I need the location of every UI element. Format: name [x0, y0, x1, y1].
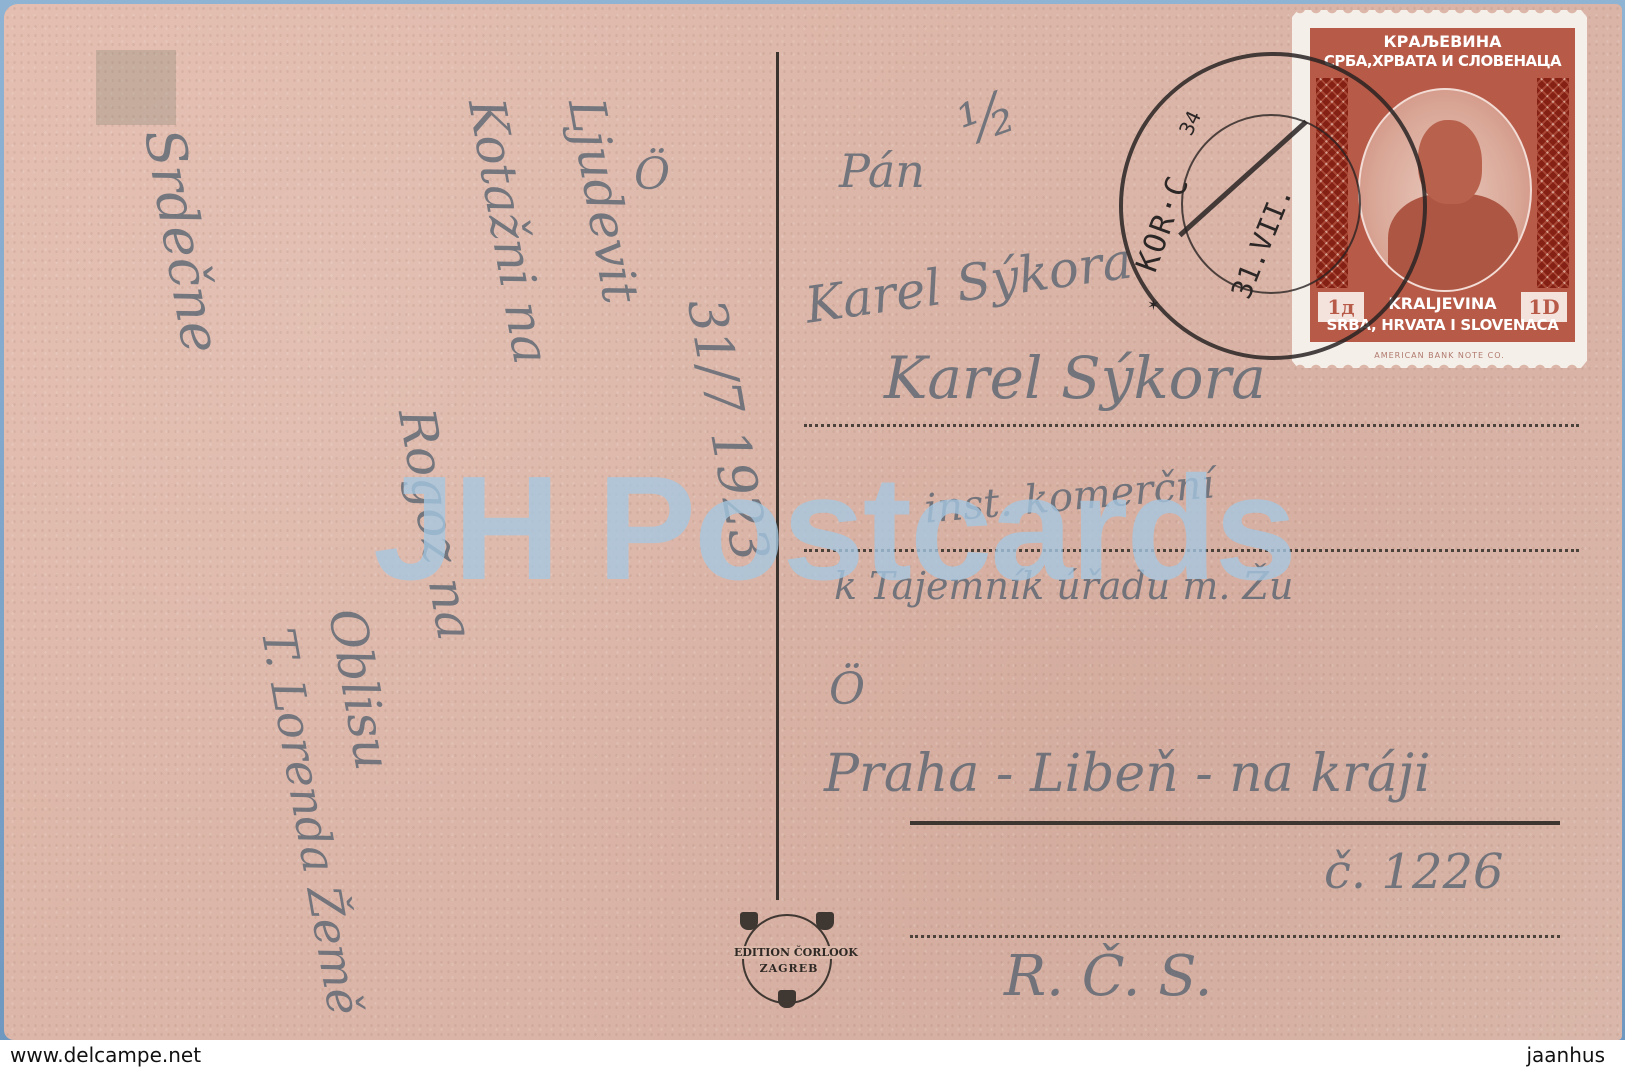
- source-watermark-left: www.delcampe.net: [10, 1043, 201, 1067]
- publisher-name: EDITION ČORLOOK: [734, 946, 844, 959]
- publisher-logo: EDITION ČORLOOK ZAGREB: [742, 914, 832, 1004]
- portrait-head: [1418, 120, 1482, 204]
- handwriting-address-city: Praha - Libeň - na kráji: [824, 744, 1430, 804]
- handwriting-address-1: Pán: [839, 144, 925, 198]
- postcard-back: Srdečne Ljudevit Kotažni na Rogoz na Obl…: [4, 4, 1622, 1040]
- ink-smudge: [96, 50, 176, 125]
- stamp-title-cyrillic-1: КРАЉЕВИНА: [1310, 32, 1575, 51]
- stamp-printer: AMERICAN BANK NOTE CO.: [1292, 351, 1587, 360]
- address-line-city: [910, 821, 1560, 825]
- address-line-3: [910, 935, 1560, 938]
- stamp-ornament-right: [1537, 78, 1569, 288]
- source-watermark-right: jaanhus: [1526, 1043, 1605, 1067]
- postmark: KOR·C 34 31.VII. ✶: [1119, 52, 1427, 360]
- stamp-title-cyrillic-2: СРБА,ХРВАТА И СЛОВЕНАЦА: [1310, 52, 1575, 70]
- publisher-city: ZAGREB: [734, 962, 844, 975]
- shield-icon: [778, 990, 796, 1008]
- shield-icon: [740, 912, 758, 930]
- watermark: JH Postcards: [284, 444, 1384, 614]
- address-line-1: [804, 424, 1579, 427]
- shield-icon: [816, 912, 834, 930]
- handwriting-mark-left: Ö: [634, 149, 670, 200]
- handwriting-address-number: č. 1226: [1324, 844, 1504, 900]
- postmark-number: 34: [1174, 107, 1206, 139]
- postcard-viewer: Srdečne Ljudevit Kotažni na Rogoz na Obl…: [0, 0, 1625, 1071]
- star-icon: ✶: [1148, 294, 1159, 315]
- handwriting-address-country: R. Č. S.: [1004, 944, 1212, 1009]
- handwriting-address-6: Ö: [829, 664, 865, 715]
- handwriting-address-3: Karel Sýkora: [884, 344, 1266, 412]
